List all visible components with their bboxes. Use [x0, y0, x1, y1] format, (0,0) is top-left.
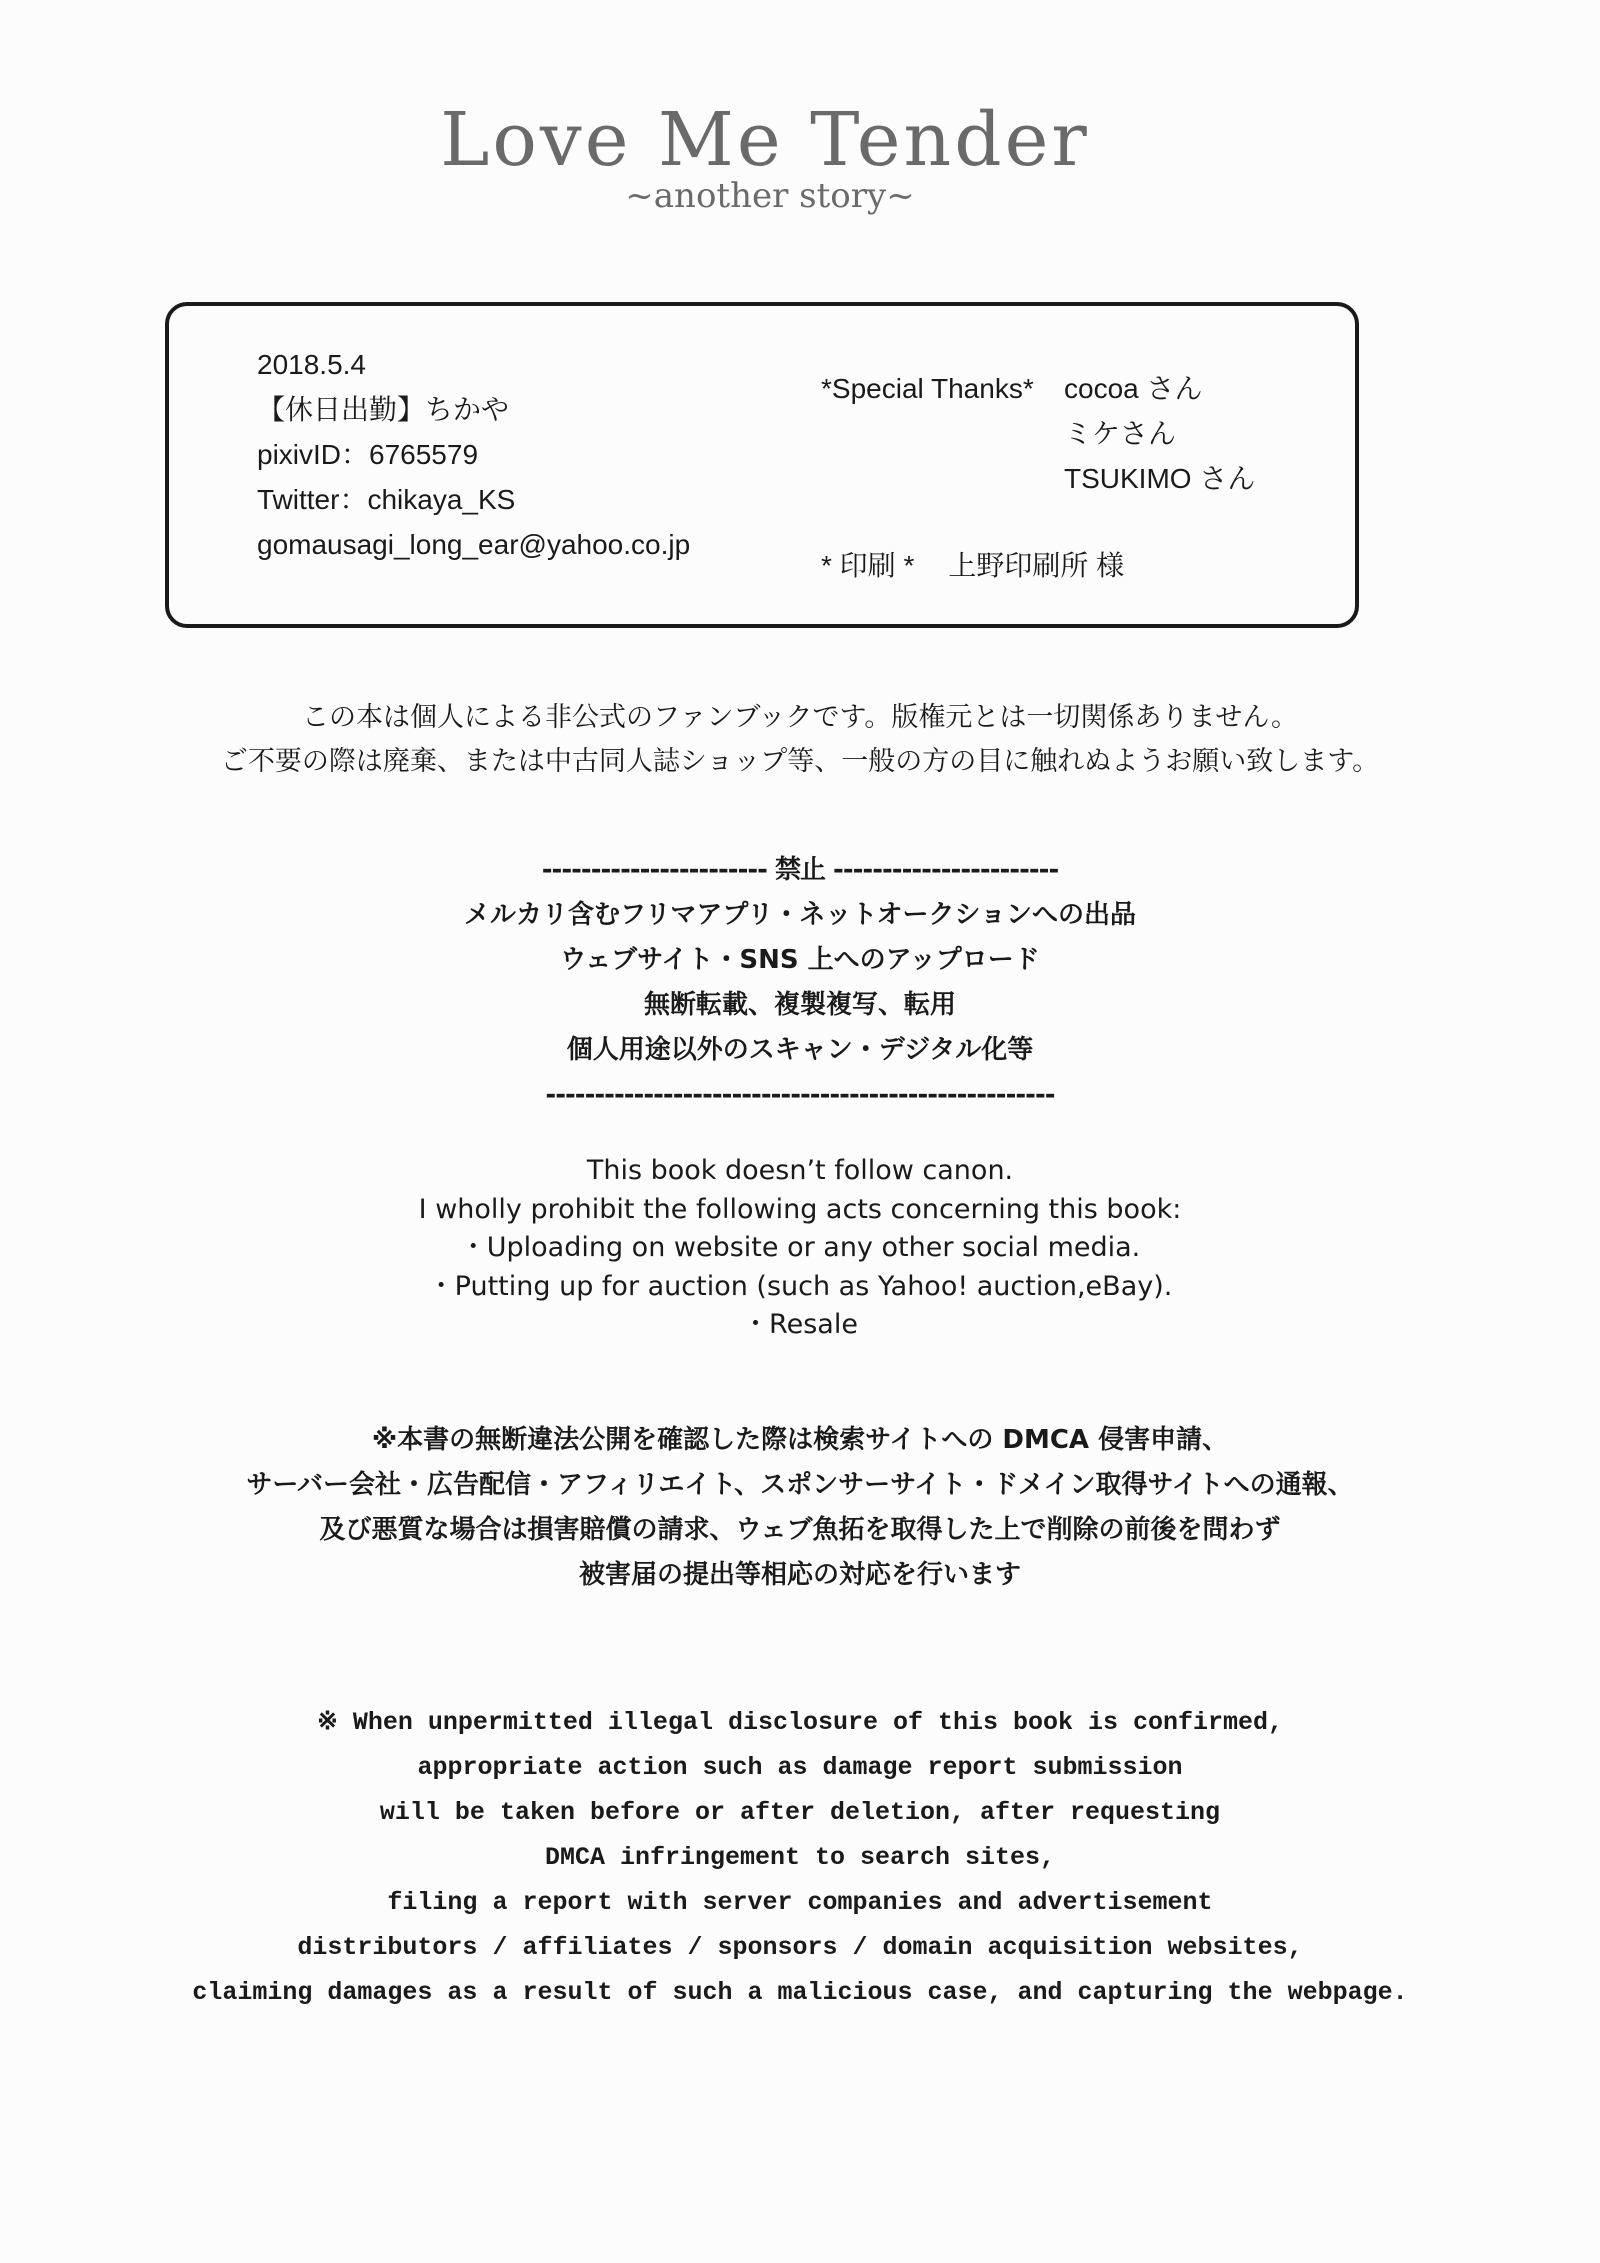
notice-line: この本は個人による非公式のファンブックです。版権元とは一切関係ありません。 — [0, 696, 1600, 740]
en-prohibition-notice: This book doesn’t follow canon. I wholly… — [0, 1152, 1600, 1345]
email-address: gomausagi_long_ear@yahoo.co.jp — [257, 522, 690, 567]
printer-credit: * 印刷 *上野印刷所 様 — [821, 543, 1124, 588]
circle-author: 【休日出勤】ちかや — [257, 387, 690, 432]
legal-line: 及び悪質な場合は損害賠償の請求、ウェブ魚拓を取得した上で削除の前後を問わず — [0, 1508, 1600, 1553]
legal-line: filing a report with server companies an… — [0, 1880, 1600, 1925]
prohibited-footer-divider: ----------------------------------------… — [0, 1073, 1600, 1118]
publish-date: 2018.5.4 — [257, 342, 690, 387]
legal-line: ※ When unpermitted illegal disclosure of… — [0, 1700, 1600, 1745]
prohibited-item: メルカリ含むフリマアプリ・ネットオークションへの出品 — [0, 893, 1600, 938]
prohibited-item: ウェブサイト・SNS 上へのアップロード — [0, 938, 1600, 983]
pixiv-id: pixivID：6765579 — [257, 432, 690, 477]
legal-line: will be taken before or after deletion, … — [0, 1790, 1600, 1835]
notice-line: ・Putting up for auction (such as Yahoo! … — [0, 1268, 1600, 1307]
notice-line: This book doesn’t follow canon. — [0, 1152, 1600, 1191]
legal-line: appropriate action such as damage report… — [0, 1745, 1600, 1790]
colophon-box: 2018.5.4 【休日出勤】ちかや pixivID：6765579 Twitt… — [165, 302, 1359, 628]
legal-line: 被害届の提出等相応の対応を行います — [0, 1553, 1600, 1598]
notice-line: I wholly prohibit the following acts con… — [0, 1191, 1600, 1230]
printer-label: * 印刷 * — [821, 550, 914, 581]
title-block: Love Me Tender ~another story~ — [0, 100, 1600, 216]
legal-line: DMCA infringement to search sites, — [0, 1835, 1600, 1880]
twitter-handle: Twitter：chikaya_KS — [257, 477, 690, 522]
prohibited-item: 無断転載、複製複写、転用 — [0, 983, 1600, 1028]
legal-line: ※本書の無断違法公開を確認した際は検索サイトへの DMCA 侵害申請、 — [0, 1418, 1600, 1463]
special-thanks-label: *Special Thanks* — [821, 366, 1034, 411]
legal-line: distributors / affiliates / sponsors / d… — [0, 1925, 1600, 1970]
thanks-name: cocoa さん — [1064, 366, 1255, 411]
book-title: Love Me Tender — [0, 100, 1600, 180]
author-info: 2018.5.4 【休日出勤】ちかや pixivID：6765579 Twitt… — [257, 342, 690, 567]
jp-fanbook-notice: この本は個人による非公式のファンブックです。版権元とは一切関係ありません。 ご不… — [0, 696, 1600, 784]
notice-line: ・Uploading on website or any other socia… — [0, 1229, 1600, 1268]
notice-line: ご不要の際は廃棄、または中古同人誌ショップ等、一般の方の目に触れぬようお願い致し… — [0, 740, 1600, 784]
prohibited-header: ----------------------- 禁止 -------------… — [0, 848, 1600, 893]
prohibited-item: 個人用途以外のスキャン・デジタル化等 — [0, 1028, 1600, 1073]
legal-line: サーバー会社・広告配信・アフィリエイト、スポンサーサイト・ドメイン取得サイトへの… — [0, 1463, 1600, 1508]
notice-line: ・Resale — [0, 1306, 1600, 1345]
printer-name: 上野印刷所 様 — [948, 550, 1124, 581]
book-subtitle: ~another story~ — [0, 176, 1600, 216]
legal-line: claiming damages as a result of such a m… — [0, 1970, 1600, 2015]
jp-legal-warning: ※本書の無断違法公開を確認した際は検索サイトへの DMCA 侵害申請、 サーバー… — [0, 1418, 1600, 1598]
thanks-name: TSUKIMO さん — [1064, 456, 1255, 501]
thanks-name: ミケさん — [1064, 411, 1255, 456]
special-thanks-names: cocoa さん ミケさん TSUKIMO さん — [1064, 366, 1255, 501]
prohibited-section: ----------------------- 禁止 -------------… — [0, 848, 1600, 1118]
en-legal-warning: ※ When unpermitted illegal disclosure of… — [0, 1700, 1600, 2015]
